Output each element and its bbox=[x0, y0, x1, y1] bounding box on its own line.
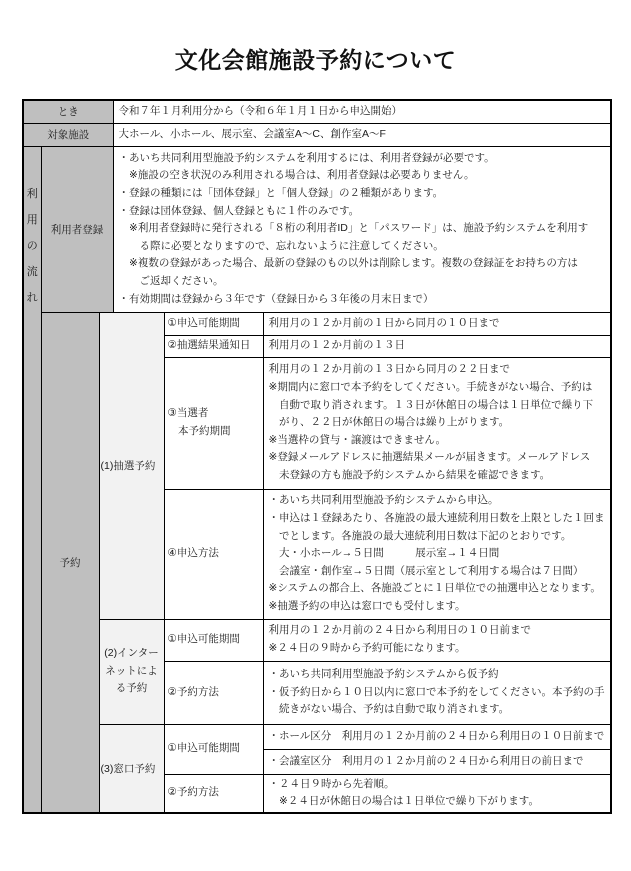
text-line: 令和７年１月利用分から（令和６年１月１日から申込開始） bbox=[119, 103, 606, 121]
text-line: 本予約期間 bbox=[168, 423, 261, 441]
text-line: 利用月の１２か月前の１日から同月の１０日まで bbox=[269, 315, 606, 333]
text-line: ・登録は団体登録、個人登録ともに１件のみです。 bbox=[119, 203, 606, 221]
internet-period-value-cell: 利用月の１２か月前の２４日から利用日の１０日前まで ※２４日の９時から予約可能に… bbox=[263, 619, 611, 661]
text-line: 利用月の１２か月前の１３日から同月の２２日まで bbox=[269, 361, 606, 379]
lottery-result-label-cell: ②抽選結果通知日 bbox=[164, 335, 263, 357]
text-line: ・あいち共同利用型施設予約システムを利用するには、利用者登録が必要です。 bbox=[119, 150, 606, 168]
when-label-cell: とき bbox=[23, 100, 113, 123]
text-line: 続きがない場合、予約は自動で取り消されます。 bbox=[269, 701, 606, 719]
text-line: ※２４日の９時から予約可能になります。 bbox=[269, 640, 606, 658]
text-line: ・仮予約日から１０日以内に窓口で本予約をしてください。本予約の手 bbox=[269, 684, 606, 702]
text-line: ・あいち共同利用型施設予約システムから申込。 bbox=[269, 492, 606, 510]
text-line: ・ホール区分 利用月の１２か月前の２４日から利用日の１０日前まで bbox=[269, 728, 606, 746]
lottery-method-label-cell: ④申込方法 bbox=[164, 489, 263, 619]
table-row: 予約 (1)抽選予約 ①申込可能期間 利用月の１２か月前の１日から同月の１０日ま… bbox=[23, 312, 611, 335]
text-line: る際に必要となりますので、忘れないように注意してください。 bbox=[119, 238, 606, 256]
lottery-section-label-cell: (1)抽選予約 bbox=[99, 312, 164, 619]
text-line: ・あいち共同利用型施設予約システムから仮予約 bbox=[269, 666, 606, 684]
text-line: (2)インター bbox=[101, 645, 163, 663]
page-title: 文化会館施設予約について bbox=[0, 42, 631, 75]
internet-method-label-cell: ②予約方法 bbox=[164, 661, 263, 724]
text-line: 大・小ホール→５日間 展示室→１４日間 bbox=[269, 545, 606, 563]
lottery-period-label-cell: ①申込可能期間 bbox=[164, 312, 263, 335]
text-line: ネットによ bbox=[101, 663, 163, 681]
table-row: とき 令和７年１月利用分から（令和６年１月１日から申込開始） bbox=[23, 100, 611, 123]
text-line: る予約 bbox=[101, 680, 163, 698]
facilities-value-cell: 大ホール、小ホール、展示室、会議室A～C、創作室A～F bbox=[113, 123, 611, 146]
text-line: 大ホール、小ホール、展示室、会議室A～C、創作室A～F bbox=[119, 126, 606, 144]
text-line: 会議室・創作室→５日間（展示室として利用する場合は７日間） bbox=[269, 563, 606, 581]
text-line: ※抽選予約の申込は窓口でも受付します。 bbox=[269, 598, 606, 616]
text-line: ④申込方法 bbox=[168, 545, 261, 563]
lottery-method-value-cell: ・あいち共同利用型施設予約システムから申込。 ・申込は１登録あたり、各施設の最大… bbox=[263, 489, 611, 619]
table-row: (2)インター ネットによ る予約 ①申込可能期間 利用月の１２か月前の２４日か… bbox=[23, 619, 611, 661]
text-line: ・会議室区分 利用月の１２か月前の２４日から利用日の前日まで bbox=[269, 753, 606, 771]
text-line: ※２４日が休館日の場合は１日単位で繰り下がります。 bbox=[269, 793, 606, 811]
text-line: ご返却ください。 bbox=[119, 273, 606, 291]
text-line: ※期間内に窓口で本予約をしてください。手続きがない場合、予約は bbox=[269, 379, 606, 397]
table-row: 利用の流れ 利用者登録 ・あいち共同利用型施設予約システムを利用するには、利用者… bbox=[23, 146, 611, 312]
text-line: 未登録の方も施設予約システムから結果を確認できます。 bbox=[269, 467, 606, 485]
text-line: ①申込可能期間 bbox=[168, 631, 261, 649]
text-line: ・申込は１登録あたり、各施設の最大連続利用日数を上限とした１回ま bbox=[269, 510, 606, 528]
lottery-winner-value-cell: 利用月の１２か月前の１３日から同月の２２日まで ※期間内に窓口で本予約をしてくだ… bbox=[263, 357, 611, 489]
text-line: ③当選者 bbox=[168, 405, 261, 423]
text-line: ・有効期間は登録から３年です（登録日から３年後の月末日まで） bbox=[119, 291, 606, 309]
lottery-period-value-cell: 利用月の１２か月前の１日から同月の１０日まで bbox=[263, 312, 611, 335]
window-period-label-cell: ①申込可能期間 bbox=[164, 724, 263, 774]
usage-flow-label-cell: 利用の流れ bbox=[23, 146, 41, 813]
reservation-info-table: とき 令和７年１月利用分から（令和６年１月１日から申込開始） 対象施設 大ホール… bbox=[22, 99, 612, 814]
when-value-cell: 令和７年１月利用分から（令和６年１月１日から申込開始） bbox=[113, 100, 611, 123]
facilities-label-cell: 対象施設 bbox=[23, 123, 113, 146]
text-line: 自動で取り消されます。１３日が休館日の場合は１日単位で繰り下 bbox=[269, 397, 606, 415]
text-line: ※複数の登録があった場合、最新の登録のもの以外は削除します。複数の登録証をお持ち… bbox=[119, 255, 606, 273]
internet-section-label-cell: (2)インター ネットによ る予約 bbox=[99, 619, 164, 724]
registration-value-cell: ・あいち共同利用型施設予約システムを利用するには、利用者登録が必要です。 ※施設… bbox=[113, 146, 611, 312]
lottery-winner-label-cell: ③当選者 本予約期間 bbox=[164, 357, 263, 489]
text-line: ※施設の空き状況のみ利用される場合は、利用者登録は必要ありません。 bbox=[119, 167, 606, 185]
text-line: ※登録メールアドレスに抽選結果メールが届きます。メールアドレス bbox=[269, 449, 606, 467]
table-row: 対象施設 大ホール、小ホール、展示室、会議室A～C、創作室A～F bbox=[23, 123, 611, 146]
text-line: ※当選枠の貸与・譲渡はできません。 bbox=[269, 432, 606, 450]
registration-label-cell: 利用者登録 bbox=[41, 146, 113, 312]
text-line: ②抽選結果通知日 bbox=[168, 337, 261, 355]
text-line: ①申込可能期間 bbox=[168, 315, 261, 333]
text-line: ・登録の種類には「団体登録」と「個人登録」の２種類があります。 bbox=[119, 185, 606, 203]
text-line: ※システムの都合上、各施設ごとに１日単位での抽選申込となります。 bbox=[269, 580, 606, 598]
internet-period-label-cell: ①申込可能期間 bbox=[164, 619, 263, 661]
text-line: ②予約方法 bbox=[168, 784, 261, 802]
table-row: (3)窓口予約 ①申込可能期間 ・ホール区分 利用月の１２か月前の２４日から利用… bbox=[23, 724, 611, 749]
window-section-label-cell: (3)窓口予約 bbox=[99, 724, 164, 813]
text-line: ・２４日９時から先着順。 bbox=[269, 776, 606, 794]
internet-method-value-cell: ・あいち共同利用型施設予約システムから仮予約 ・仮予約日から１０日以内に窓口で本… bbox=[263, 661, 611, 724]
window-period-hall-value-cell: ・ホール区分 利用月の１２か月前の２４日から利用日の１０日前まで bbox=[263, 724, 611, 749]
window-method-label-cell: ②予約方法 bbox=[164, 774, 263, 813]
text-line: 利用月の１２か月前の１３日 bbox=[269, 337, 606, 355]
window-method-value-cell: ・２４日９時から先着順。 ※２４日が休館日の場合は１日単位で繰り下がります。 bbox=[263, 774, 611, 813]
text-line: ①申込可能期間 bbox=[168, 740, 261, 758]
window-period-meeting-value-cell: ・会議室区分 利用月の１２か月前の２４日から利用日の前日まで bbox=[263, 749, 611, 774]
text-line: でとします。各施設の最大連続利用日数は下記のとおりです。 bbox=[269, 528, 606, 546]
text-line: 利用月の１２か月前の２４日から利用日の１０日前まで bbox=[269, 622, 606, 640]
lottery-result-value-cell: 利用月の１２か月前の１３日 bbox=[263, 335, 611, 357]
reservation-label-cell: 予約 bbox=[41, 312, 99, 813]
text-line: ※利用者登録時に発行される「８桁の利用者ID」と「パスワード」は、施設予約システ… bbox=[119, 220, 606, 238]
text-line: ②予約方法 bbox=[168, 684, 261, 702]
text-line: がり、２２日が休館日の場合は繰り上がります。 bbox=[269, 414, 606, 432]
